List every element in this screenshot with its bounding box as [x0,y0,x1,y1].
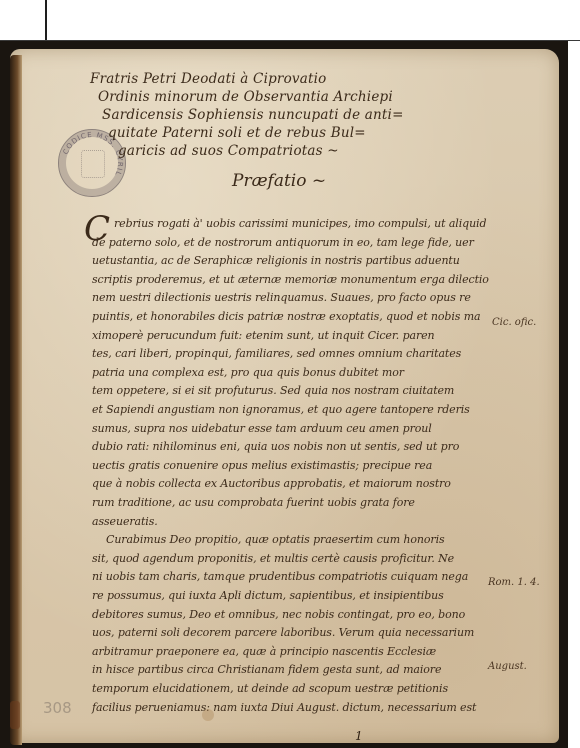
manuscript-line: nem uestri dilectionis uestris relinquam… [92,291,471,304]
toolbar-divider [45,0,47,40]
manuscript-line: re possumus, qui iuxta Apli dictum, sapi… [92,589,444,602]
manuscript-line: uos, paterni soli decorem parcere labori… [92,626,474,639]
folio-number: 308 [43,699,72,717]
manuscript-line: arbitramur praeponere ea, quæ à principi… [92,645,436,658]
margin-note: Cic. ofic. [492,317,536,328]
manuscript-line: et Sapiendi angustiam non ignoramus, et … [92,403,470,416]
manuscript-line: Curabimus Deo propitio, quæ optatis prae… [106,533,445,546]
manuscript-line: de paterno solo, et de nostrorum antiquo… [92,236,474,249]
viewer-top-bar [0,0,580,41]
page-number: 1 [355,729,363,743]
stamp-emblem [81,150,105,178]
manuscript-line: rebrius rogati à' uobis carissimi munici… [114,217,486,230]
manuscript-line: sit, quod agendum proponitis, et multis … [92,552,454,565]
heading-line: Sardicensis Sophiensis nuncupati de anti… [102,107,404,123]
heading-line: quitate Paterni soli et de rebus Bul= [108,125,366,141]
manuscript-line: uetustantia, ac de Seraphicæ religionis … [92,254,460,267]
manuscript-line: ni uobis tam charis, tamque prudentibus … [92,570,468,583]
manuscript-line: que à nobis collecta ex Auctoribus appro… [92,477,451,490]
heading-line: garicis ad suos Compatriotas ~ [118,143,339,159]
manuscript-line: tes, cari liberi, propinqui, familiares,… [92,347,461,360]
section-title: Præfatio ~ [232,171,326,191]
manuscript-line: facilius perueniamus: nam iuxta Diui Aug… [92,701,476,714]
paper-stain [202,709,214,721]
paper-stain [10,701,20,729]
margin-note: August. [488,661,527,672]
manuscript-line: temporum elucidationem, ut deinde ad sco… [92,682,448,695]
manuscript-line: tem oppetere, si ei sit profuturus. Sed … [92,384,454,397]
manuscript-scan-frame: CODICE MSS. CYRIL Fratris Petri Deodati … [0,41,568,748]
manuscript-line: ximoperè perucundum fuit: etenim sunt, u… [92,329,435,342]
manuscript-line: sumus, supra nos uidebatur esse tam ardu… [92,422,432,435]
manuscript-line: uectis gratis conuenire opus melius exis… [92,459,432,472]
manuscript-line: dubio rati: nihilominus eni, quia uos no… [92,440,459,453]
manuscript-line: in hisce partibus circa Christianam fide… [92,663,441,676]
manuscript-line: asseueratis. [92,515,158,528]
page-binding-edge [10,55,22,745]
manuscript-line: scriptis proderemus, et ut æternæ memori… [92,273,489,286]
manuscript-line: patria una complexa est, pro qua quis bo… [92,366,404,379]
heading-line: Fratris Petri Deodati à Ciprovatio [90,71,326,87]
manuscript-line: puintis, et honorabiles dicis patriæ nos… [92,310,481,323]
manuscript-page: CODICE MSS. CYRIL Fratris Petri Deodati … [10,49,559,743]
margin-note: Rom. 1. 4. [488,577,540,588]
manuscript-line: rum traditione, ac usu comprobata fuerin… [92,496,415,509]
heading-line: Ordinis minorum de Observantia Archiepi [98,89,393,105]
viewer-right-margin [568,41,580,748]
manuscript-line: debitores sumus, Deo et omnibus, nec nob… [92,608,465,621]
